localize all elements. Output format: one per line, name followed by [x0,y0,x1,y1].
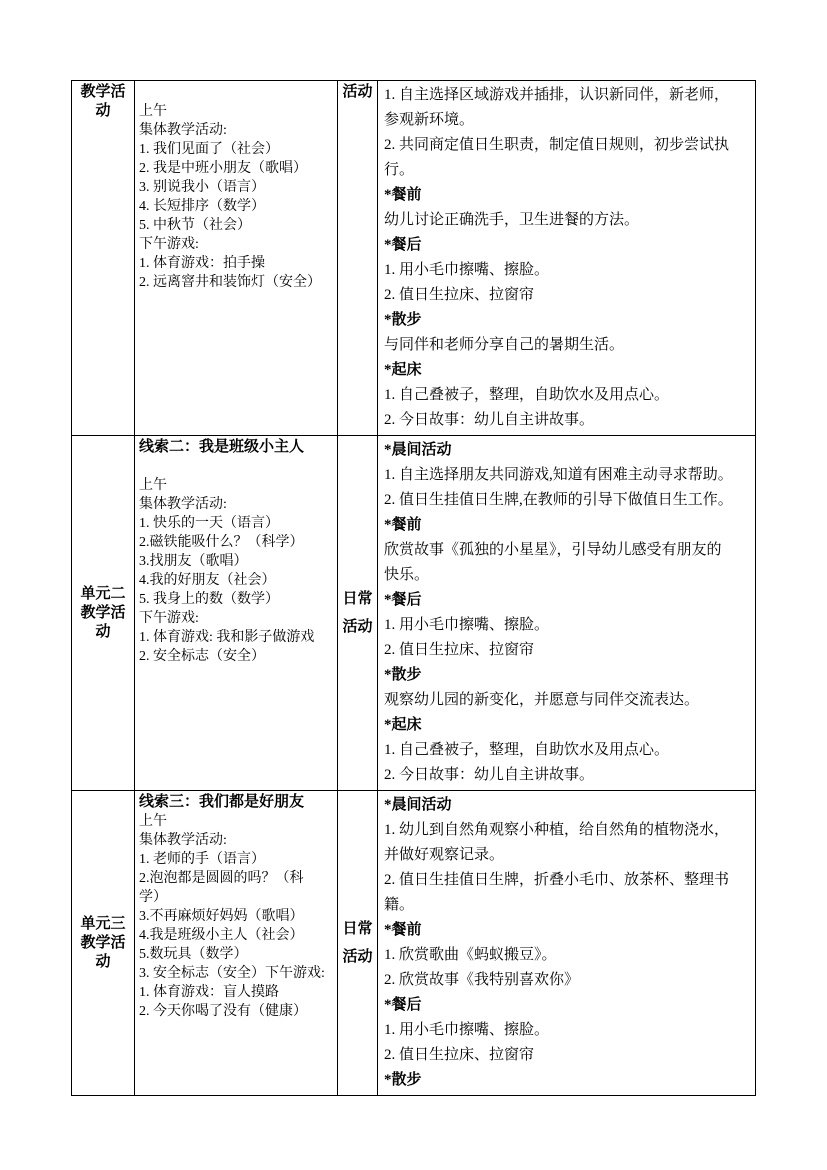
text-line: 2. 今日故事：幼儿自主讲故事。 [384,763,753,788]
text-line: 1. 体育游戏：拍手操 [139,254,336,273]
text-line: 集体教学活动: [139,831,336,850]
text-line: 集体教学活动: [139,121,336,140]
unit1-daily-routine-cell: 1. 自主选择区域游戏并插排，认识新同伴，新老师，参观新环境。2. 共同商定值日… [378,81,756,436]
text-line: 2. 值日生挂值日生牌,在教师的引导下做值日生工作。 [384,488,753,513]
section-heading-line: *起床 [384,713,753,738]
unit2-activities-cell: 线索二：我是班级小主人 上午集体教学活动:1. 快乐的一天（语言）2.磁铁能吸什… [135,436,338,791]
text-line: 参观新环境。 [384,108,753,133]
unit3-daily-routine-cell: *晨间活动1. 幼儿到自然角观察小种植，给自然角的植物浇水，并做好观察记录。2.… [378,791,756,1096]
text-line: 4.我是班级小主人（社会） [139,926,336,945]
text-line [139,83,336,102]
unit3-name-cell: 单元三教学活动 [72,791,135,1096]
text-line: 欣赏故事《孤独的小星星》，引导幼儿感受有朋友的 [384,538,753,563]
unit2-activity-type-cell: 日常活动 [338,436,378,791]
text-line: 1. 自主选择朋友共同游戏,知道有困难主动寻求帮助。 [384,463,753,488]
text-line: 2. 我是中班小朋友（歌唱） [139,159,336,178]
text-line: 3.不再麻烦好妈妈（歌唱） [139,907,336,926]
text-line: 5. 中秋节（社会） [139,216,336,235]
text-line: 5.数玩具（数学） [139,945,336,964]
unit3-activity-type-cell: 日常活动 [338,791,378,1096]
text-line: 3. 安全标志（安全）下午游戏: [139,964,336,983]
text-line: 上午 [139,812,336,831]
text-line [139,457,336,476]
text-line: 1. 快乐的一天（语言） [139,514,336,533]
section-heading-line: *餐前 [384,183,753,208]
section-heading-line: *餐前 [384,513,753,538]
text-line: 1. 用小毛巾擦嘴、擦脸。 [384,1018,753,1043]
text-line: 行。 [384,158,753,183]
text-line: 上午 [139,102,336,121]
text-line: 1. 自己叠被子，整理，自助饮水及用点心。 [384,738,753,763]
text-line: 3. 别说我小（语言） [139,178,336,197]
text-line: 与同伴和老师分享自己的暑期生活。 [384,333,753,358]
text-line: 2. 安全标志（安全） [139,647,336,666]
section-heading-line: *晨间活动 [384,793,753,818]
text-line: 学） [139,888,336,907]
text-line: 1. 老师的手（语言） [139,850,336,869]
text-line: 2. 欣赏故事《我特别喜欢你》 [384,968,753,993]
text-line: 2. 今日故事：幼儿自主讲故事。 [384,408,753,433]
section-heading-line: *散步 [384,1068,753,1093]
section-heading-line: *餐前 [384,918,753,943]
text-line: 1. 用小毛巾擦嘴、擦脸。 [384,258,753,283]
text-line: 2. 值日生挂值日生牌，折叠小毛巾、放茶杯、整理书 [384,868,753,893]
text-line: 下午游戏: [139,609,336,628]
unit3-activities-cell: 线索三：我们都是好朋友上午集体教学活动:1. 老师的手（语言）2.泡泡都是圆圆的… [135,791,338,1096]
text-line: 籍。 [384,893,753,918]
text-line: 2. 共同商定值日生职责，制定值日规则，初步尝试执 [384,133,753,158]
unit1-name-cell: 教学活动 [72,81,135,436]
text-line: 1. 欣赏歌曲《蚂蚁搬豆》。 [384,943,753,968]
unit2-daily-routine-cell: *晨间活动1. 自主选择朋友共同游戏,知道有困难主动寻求帮助。2. 值日生挂值日… [378,436,756,791]
text-line: 观察幼儿园的新变化，并愿意与同伴交流表达。 [384,688,753,713]
text-line: 下午游戏: [139,235,336,254]
text-line: 4. 长短排序（数学） [139,197,336,216]
table-row-unit2: 单元二教学活动 线索二：我是班级小主人 上午集体教学活动:1. 快乐的一天（语言… [72,436,756,791]
text-line: 2.磁铁能吸什么？（科学） [139,533,336,552]
section-heading-line: *散步 [384,663,753,688]
text-line: 快乐。 [384,563,753,588]
section-heading-line: *晨间活动 [384,438,753,463]
text-line: 并做好观察记录。 [384,843,753,868]
table-row-unit1: 教学活动 上午集体教学活动:1. 我们见面了（社会）2. 我是中班小朋友（歌唱）… [72,81,756,436]
section-heading-line: *餐后 [384,993,753,1018]
text-line: 3.找朋友（歌唱） [139,552,336,571]
unit1-activities-cell: 上午集体教学活动:1. 我们见面了（社会）2. 我是中班小朋友（歌唱）3. 别说… [135,81,338,436]
text-line: 2. 远离窨井和装饰灯（安全） [139,273,336,292]
text-line: 4.我的好朋友（社会） [139,571,336,590]
unit2-name-cell: 单元二教学活动 [72,436,135,791]
text-line: 2. 今天你喝了没有（健康） [139,1002,336,1021]
text-line: 1. 幼儿到自然角观察小种植，给自然角的植物浇水， [384,818,753,843]
text-line: 2. 值日生拉床、拉窗帘 [384,638,753,663]
text-line: 1. 体育游戏：盲人摸路 [139,983,336,1002]
text-line: 2. 值日生拉床、拉窗帘 [384,1043,753,1068]
text-line: 1. 我们见面了（社会） [139,140,336,159]
table-row-unit3: 单元三教学活动 线索三：我们都是好朋友上午集体教学活动:1. 老师的手（语言）2… [72,791,756,1096]
text-line: 幼儿讨论正确洗手，卫生进餐的方法。 [384,208,753,233]
text-line: 上午 [139,476,336,495]
document-page: 教学活动 上午集体教学活动:1. 我们见面了（社会）2. 我是中班小朋友（歌唱）… [0,0,827,1170]
text-line: 1. 体育游戏: 我和影子做游戏 [139,628,336,647]
section-heading-line: *散步 [384,308,753,333]
text-line: 1. 自己叠被子，整理，自助饮水及用点心。 [384,383,753,408]
section-heading-line: *餐后 [384,233,753,258]
text-line: 1. 用小毛巾擦嘴、擦脸。 [384,613,753,638]
text-line: 集体教学活动: [139,495,336,514]
section-heading-line: *餐后 [384,588,753,613]
section-heading-line: *起床 [384,358,753,383]
section-heading-line: 线索三：我们都是好朋友 [139,793,336,812]
text-line: 2.泡泡都是圆圆的吗？（科 [139,869,336,888]
text-line: 5. 我身上的数（数学） [139,590,336,609]
text-line: 2. 值日生拉床、拉窗帘 [384,283,753,308]
text-line: 1. 自主选择区域游戏并插排，认识新同伴，新老师， [384,83,753,108]
unit1-activity-type-cell: 活动 [338,81,378,436]
weekly-plan-table: 教学活动 上午集体教学活动:1. 我们见面了（社会）2. 我是中班小朋友（歌唱）… [71,80,756,1096]
section-heading-line: 线索二：我是班级小主人 [139,438,336,457]
